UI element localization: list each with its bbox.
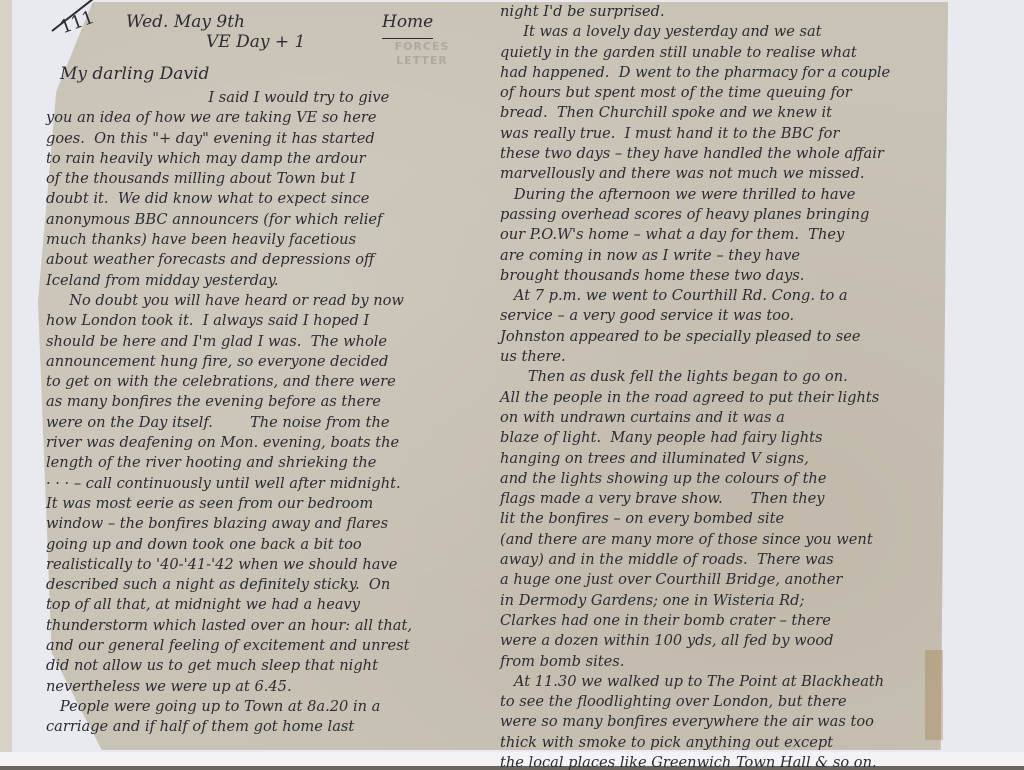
handwritten-line: window – the bonfires blazing away and f… [46, 514, 496, 534]
handwritten-line: Clarkes had one in their bomb crater – t… [500, 611, 940, 631]
handwritten-line: are coming in now as I write – they have [500, 246, 940, 266]
salutation: My darling David [60, 64, 209, 84]
handwritten-line: going up and down took one back a bit to… [46, 535, 496, 555]
handwritten-line: thick with smoke to pick anything out ex… [500, 733, 940, 753]
handwritten-line: to see the floodlighting over London, bu… [500, 692, 940, 712]
handwritten-line: how London took it. I always said I hope… [46, 311, 496, 331]
handwritten-line: these two days – they have handled the w… [500, 144, 940, 164]
stamp-line: FORCES [392, 40, 452, 54]
handwritten-line: thunderstorm which lasted over an hour: … [46, 616, 496, 636]
handwritten-line: marvellously and there was not much we m… [500, 164, 940, 184]
right-column-text: night I'd be surprised. It was a lovely … [500, 2, 940, 770]
handwritten-line: At 11.30 we walked up to The Point at Bl… [500, 672, 940, 692]
handwritten-line: top of all that, at midnight we had a he… [46, 595, 496, 615]
handwritten-line: on with undrawn curtains and it was a [500, 408, 940, 428]
handwritten-line: service – a very good service it was too… [500, 306, 940, 326]
handwritten-line: you an idea of how we are taking VE so h… [46, 108, 496, 128]
handwritten-line: carriage and if half of them got home la… [46, 717, 496, 737]
handwritten-line: should be here and I'm glad I was. The w… [46, 332, 496, 352]
handwritten-line: length of the river hooting and shriekin… [46, 453, 496, 473]
handwritten-line: us there. [500, 347, 940, 367]
stamp-line: LETTER [392, 54, 452, 68]
handwritten-line: the local places like Greenwich Town Hal… [500, 753, 940, 770]
handwritten-line: as many bonfires the evening before as t… [46, 392, 496, 412]
handwritten-line: Johnston appeared to be specially please… [500, 327, 940, 347]
handwritten-line: our P.O.W's home – what a day for them. … [500, 225, 940, 245]
handwritten-line: and the lights showing up the colours of… [500, 469, 940, 489]
handwritten-line: All the people in the road agreed to put… [500, 388, 940, 408]
handwritten-line: blaze of light. Many people had fairy li… [500, 428, 940, 448]
handwritten-line: river was deafening on Mon. evening, boa… [46, 433, 496, 453]
handwritten-line: lit the bonfires – on every bombed site [500, 509, 940, 529]
handwritten-line: · · · – call continuously until well aft… [46, 474, 496, 494]
handwritten-line: announcement hung fire, so everyone deci… [46, 352, 496, 372]
handwritten-line: I said I would try to give [46, 88, 496, 108]
handwritten-line: No doubt you will have heard or read by … [46, 291, 496, 311]
handwritten-line: (and there are many more of those since … [500, 530, 940, 550]
date-line: Wed. May 9th [126, 12, 245, 32]
handwritten-line: passing overhead scores of heavy planes … [500, 205, 940, 225]
handwritten-line: were on the Day itself. The noise from t… [46, 413, 496, 433]
handwritten-line: described such a night as definitely sti… [46, 575, 496, 595]
handwritten-line: had happened. D went to the pharmacy for… [500, 63, 940, 83]
handwritten-line: to get on with the celebrations, and the… [46, 372, 496, 392]
handwritten-line: People were going up to Town at 8a.20 in… [46, 697, 496, 717]
handwritten-line: away) and in the middle of roads. There … [500, 550, 940, 570]
faded-stamp: FORCES LETTER [392, 40, 452, 68]
handwritten-line: realistically to '40-'41-'42 when we sho… [46, 555, 496, 575]
handwritten-line: from bomb sites. [500, 652, 940, 672]
handwritten-line: did not allow us to get much sleep that … [46, 656, 496, 676]
handwritten-line: hanging on trees and illuminated V signs… [500, 449, 940, 469]
handwritten-line: night I'd be surprised. [500, 2, 940, 22]
handwritten-line: were a dozen within 100 yds, all fed by … [500, 631, 940, 651]
handwritten-line: quietly in the garden still unable to re… [500, 43, 940, 63]
handwritten-line: to rain heavily which may damp the ardou… [46, 149, 496, 169]
handwritten-line: nevertheless we were up at 6.45. [46, 677, 496, 697]
handwritten-line: and our general feeling of excitement an… [46, 636, 496, 656]
handwritten-line: During the afternoon we were thrilled to… [500, 185, 940, 205]
handwritten-line: of the thousands milling about Town but … [46, 169, 496, 189]
handwritten-line: about weather forecasts and depressions … [46, 250, 496, 270]
handwritten-line: was really true. I must hand it to the B… [500, 124, 940, 144]
handwritten-line: flags made a very brave show. Then they [500, 489, 940, 509]
handwritten-line: doubt it. We did know what to expect sin… [46, 189, 496, 209]
handwritten-line: in Dermody Gardens; one in Wisteria Rd; [500, 591, 940, 611]
handwritten-line: were so many bonfires everywhere the air… [500, 712, 940, 732]
handwritten-line: brought thousands home these two days. [500, 266, 940, 286]
handwritten-line: anonymous BBC announcers (for which reli… [46, 210, 496, 230]
handwritten-line: of hours but spent most of the time queu… [500, 83, 940, 103]
handwritten-line: much thanks) have been heavily facetious [46, 230, 496, 250]
handwritten-line: goes. On this "+ day" evening it has sta… [46, 129, 496, 149]
handwritten-line: It was a lovely day yesterday and we sat [500, 22, 940, 42]
handwritten-line: Iceland from midday yesterday. [46, 271, 496, 291]
backdrop [0, 0, 12, 770]
place-heading: Home [382, 12, 433, 39]
handwritten-line: It was most eerie as seen from our bedro… [46, 494, 496, 514]
handwritten-line: At 7 p.m. we went to Courthill Rd. Cong.… [500, 286, 940, 306]
ve-day-line: VE Day + 1 [206, 32, 305, 52]
handwritten-line: a huge one just over Courthill Bridge, a… [500, 570, 940, 590]
handwritten-line: bread. Then Churchill spoke and we knew … [500, 103, 940, 123]
handwritten-line: Then as dusk fell the lights began to go… [500, 367, 940, 387]
left-column-text: I said I would try to giveyou an idea of… [46, 88, 496, 738]
